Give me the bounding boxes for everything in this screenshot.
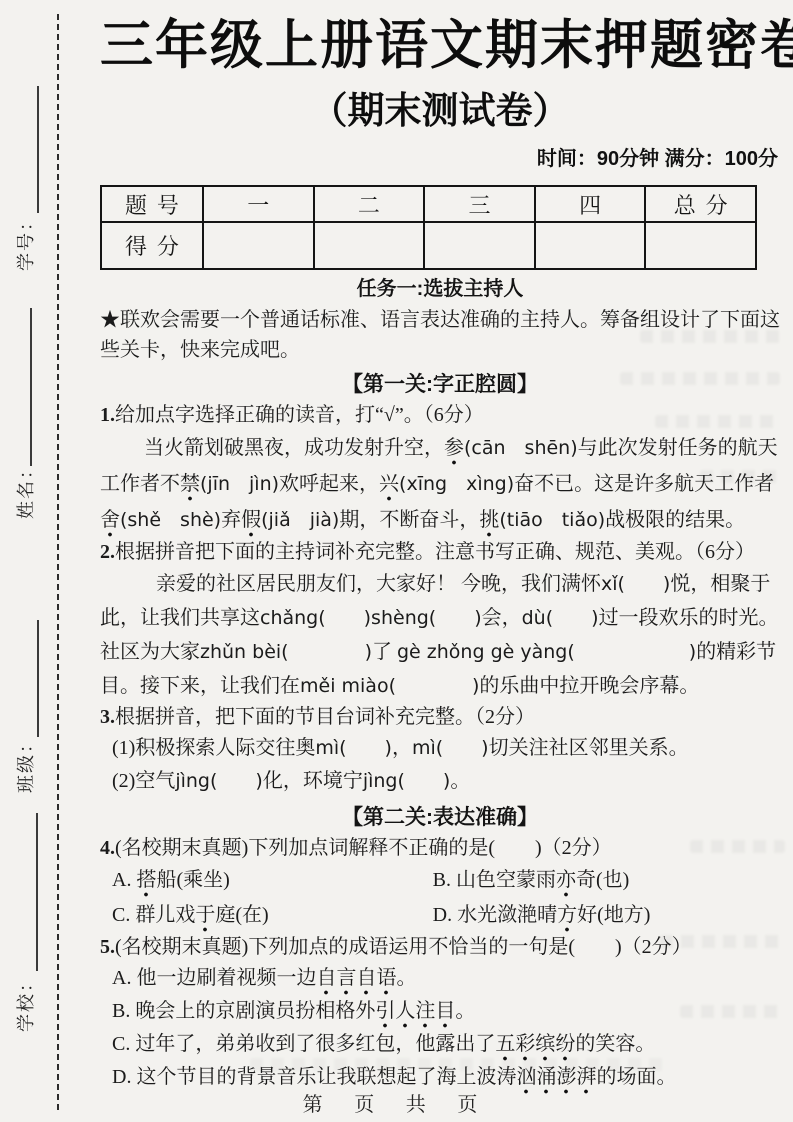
question-4-option-d: D. 水光潋滟晴方好(地方)	[433, 898, 780, 933]
score-cell-empty	[424, 222, 535, 269]
question-4-stem: 4.(名校期末真题)下列加点词解释不正确的是( )（2分）	[100, 834, 780, 863]
question-4-option-b: B. 山色空蒙雨亦奇(也)	[433, 863, 780, 898]
question-4-options: A. 搭船(乘坐) B. 山色空蒙雨亦奇(也) C. 群儿戏于庭(在) D. 水…	[112, 863, 780, 933]
exam-content: 三年级上册语文期末押题密卷 （期末测试卷） 时间：90分钟 满分：100分 题号…	[100, 0, 780, 1094]
header-cell-part2: 二	[314, 186, 425, 222]
gate1-title: 【第一关:字正腔圆】	[100, 371, 780, 398]
task1-intro: ★联欢会需要一个普通话标准、语言表达准确的主持人。筹备组设计了下面这些关卡，快来…	[100, 305, 780, 365]
page-footer: 第 页 共 页	[0, 1088, 793, 1117]
page-title: 三年级上册语文期末押题密卷	[100, 18, 780, 74]
question-1-stem: 1.给加点字选择正确的读音，打“√”。（6分）	[100, 401, 780, 430]
question-2-stem: 2.根据拼音把下面的主持词补充完整。注意书写正确、规范、美观。（6分）	[100, 538, 780, 567]
question-2-number: 2.	[100, 541, 115, 563]
score-table: 题号 一 二 三 四 总分 得分	[100, 185, 757, 270]
name-blank-line	[30, 308, 32, 466]
name-label: 姓名：	[12, 451, 38, 527]
header-cell-part3: 三	[424, 186, 535, 222]
header-cell-part1: 一	[203, 186, 314, 222]
question-3-item-2: (2)空气jìng( )化，环境宁jìng( )。	[112, 765, 780, 798]
class-blank-line	[37, 620, 39, 737]
question-5-number: 5.	[100, 936, 115, 958]
exam-paper-page: 学号： 姓名： 班级： 学校： 三年级上册语文期末押题密卷 （期末测试卷） 时间…	[0, 0, 793, 1122]
question-5-options: A. 他一边刷着视频一边自言自语。 B. 晚会上的京剧演员扮相格外引人注目。 C…	[100, 962, 780, 1094]
score-table-header-row: 题号 一 二 三 四 总分	[101, 186, 756, 222]
question-1-number: 1.	[100, 404, 115, 426]
school-blank-line	[36, 813, 38, 971]
school-label: 学校：	[12, 964, 38, 1040]
question-5-option-a: A. 他一边刷着视频一边自言自语。	[112, 962, 780, 995]
question-1-passage: 当火箭划破黑夜，成功发射升空，参(cān shēn)与此次发射任务的航天工作者不…	[100, 430, 780, 538]
question-5-stem: 5.(名校期末真题)下列加点的成语运用不恰当的一句是( )（2分）	[100, 933, 780, 962]
question-3-item-1: (1)积极探索人际交往奥mì( )，mì( )切关注社区邻里关系。	[112, 732, 780, 765]
header-cell-part4: 四	[535, 186, 646, 222]
score-row-label: 得分	[101, 222, 203, 269]
score-table-score-row: 得分	[101, 222, 756, 269]
header-cell-total: 总分	[645, 186, 756, 222]
question-5-option-b: B. 晚会上的京剧演员扮相格外引人注目。	[112, 995, 780, 1028]
question-4-number: 4.	[100, 837, 115, 859]
student-id-label: 学号：	[12, 203, 38, 279]
header-cell-question-no: 题号	[101, 186, 203, 222]
score-cell-empty	[203, 222, 314, 269]
class-label: 班级：	[12, 725, 38, 801]
score-cell-empty	[314, 222, 425, 269]
time-and-score-meta: 时间：90分钟 满分：100分	[100, 146, 780, 172]
question-5-option-c: C. 过年了，弟弟收到了很多红包，他露出了五彩缤纷的笑容。	[112, 1028, 780, 1061]
task1-title: 任务一:选拔主持人	[100, 276, 780, 303]
question-4-option-a: A. 搭船(乘坐)	[112, 863, 433, 898]
question-4-option-c: C. 群儿戏于庭(在)	[112, 898, 433, 933]
question-3-stem: 3.根据拼音，把下面的节目台词补充完整。（2分）	[100, 703, 780, 732]
score-cell-empty	[535, 222, 646, 269]
binding-dashed-line	[57, 14, 59, 1110]
student-id-blank-line	[37, 86, 39, 213]
score-cell-empty	[645, 222, 756, 269]
gate2-title: 【第二关:表达准确】	[100, 804, 780, 831]
question-3-number: 3.	[100, 706, 115, 728]
page-subtitle: （期末测试卷）	[100, 90, 780, 132]
question-2-passage: 亲爱的社区居民朋友们，大家好！ 今晚，我们满怀xǐ( )悦，相聚于此，让我们共享…	[100, 567, 780, 703]
